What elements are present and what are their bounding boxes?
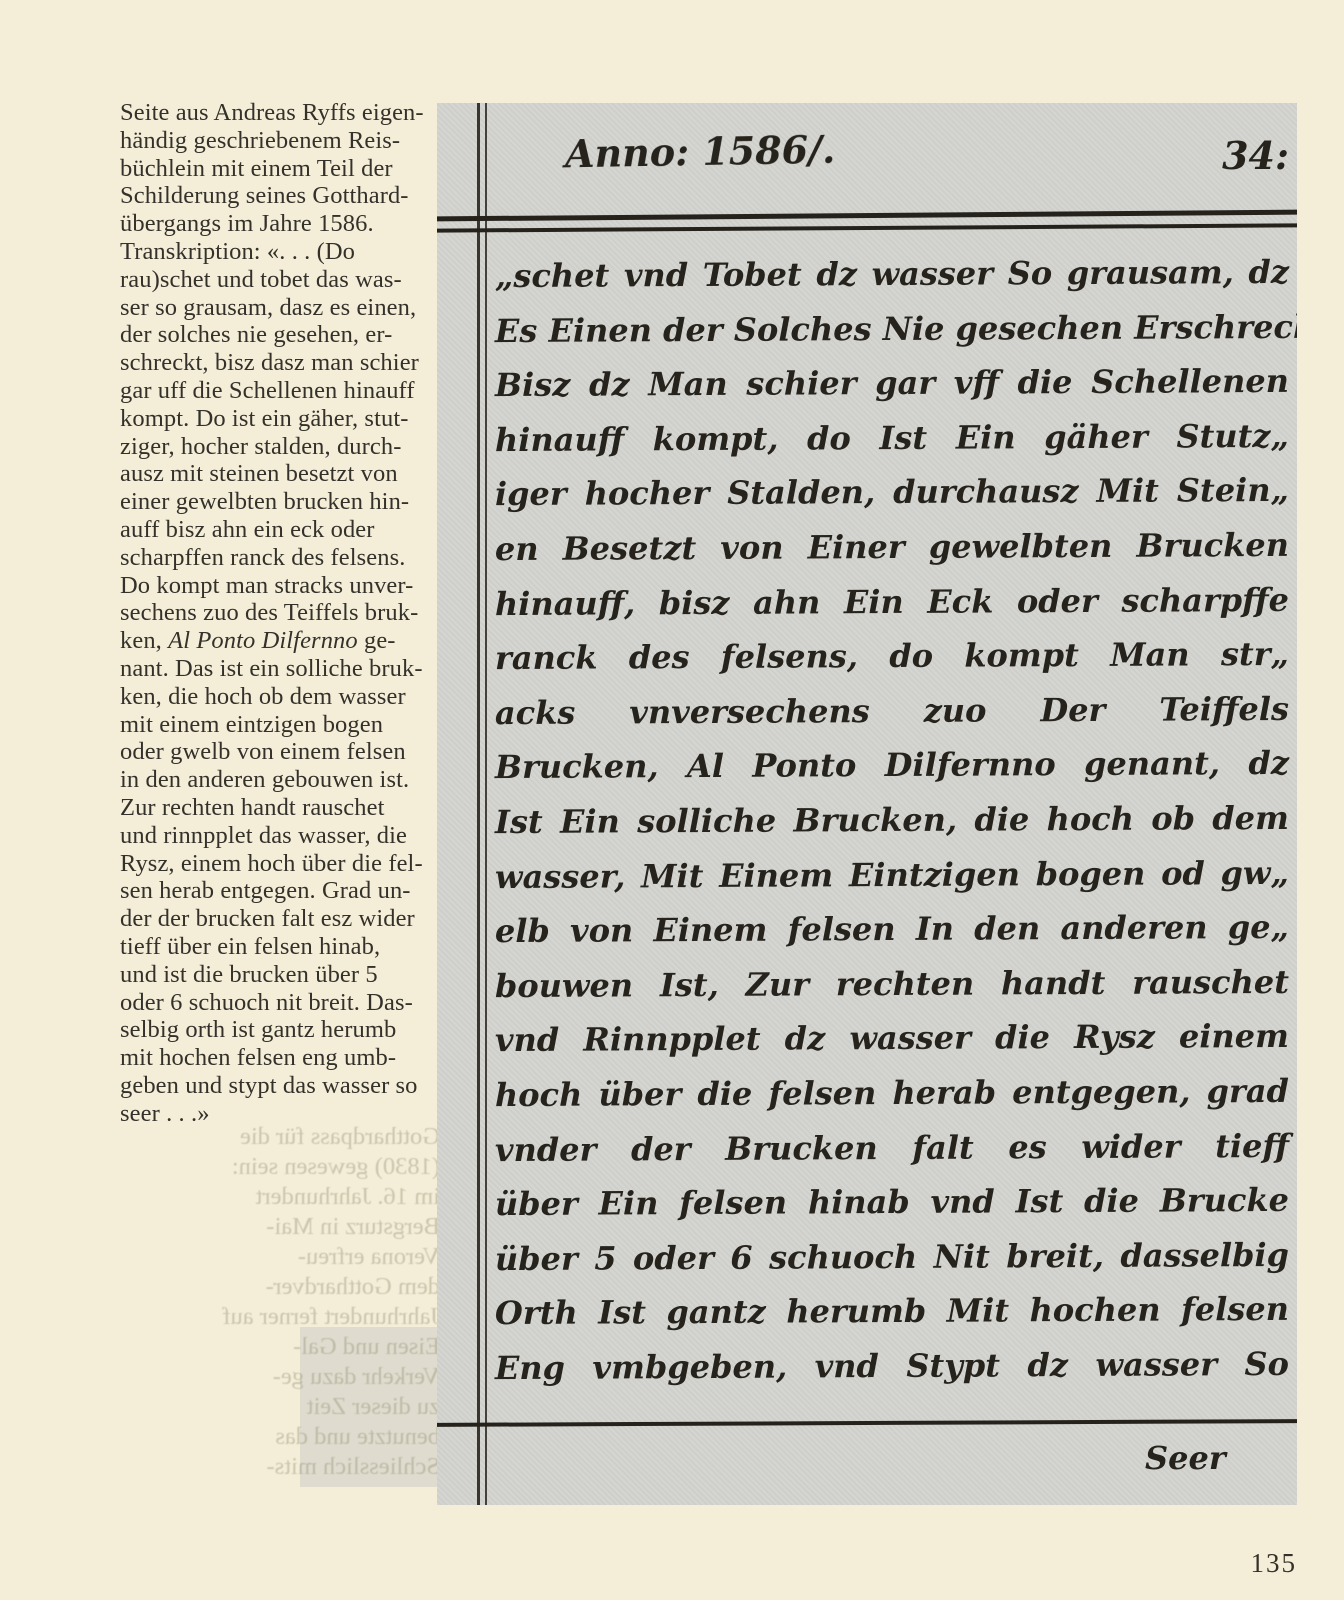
caption-line: ken, die hoch ob dem wasser [120,683,442,711]
book-page: Seite aus Andreas Ryffs eigen-händig ges… [0,0,1344,1600]
caption-line: schreckt, bisz dasz man schier [120,349,442,377]
caption-line: tieff über ein felsen hinab, [120,933,442,961]
caption-line: auff bisz ahn ein eck oder [120,516,442,544]
bleedthrough-text: Gotthardpass für die(1830) gewesen sein:… [100,1122,440,1482]
manuscript-line: wasser, Mit Einem Eintzigen bogen od gw„ [495,853,1289,912]
bleedthrough-line: zu dieser Zeit [100,1392,440,1422]
manuscript-line: en Besetzt von Einer gewelbten Brucken [495,526,1289,585]
caption-line: in den anderen gebouwen ist. [120,766,442,794]
manuscript-line: acks vnversechens zuo Der Teiffels [495,690,1289,749]
bleedthrough-line: Verona erfreu- [100,1242,440,1272]
manuscript-line: Ist Ein solliche Brucken, die hoch ob de… [495,799,1289,858]
caption-line: der solches nie gesehen, er- [120,321,442,349]
catchword: Seer [1145,1439,1226,1477]
caption-line: mit einem eintzigen bogen [120,711,442,739]
caption-line: sechens zuo des Teiffels bruk- [120,599,442,627]
caption-line: ken, Al Ponto Dilfernno ge- [120,627,442,655]
manuscript-line: über 5 oder 6 schuoch Nit breit, dasselb… [495,1236,1289,1295]
manuscript-line: Brucken, Al Ponto Dilfernno genant, dz [495,744,1289,803]
folio-number: 34: [1222,133,1289,178]
margin-rule-left-inner [485,103,487,1505]
manuscript-line: vnder der Brucken falt es wider tieff [495,1126,1289,1185]
manuscript-line: hinauff, bisz ahn Ein Eck oder scharpffe [495,580,1289,639]
caption-line: rau)schet und tobet das was- [120,266,442,294]
bleedthrough-line: dem Gotthardver- [100,1272,440,1302]
bleedthrough-line: Eisen und Gal- [100,1332,440,1362]
caption-line: übergangs im Jahre 1586. [120,210,442,238]
caption-line: ausz mit steinen besetzt von [120,460,442,488]
caption-line: kompt. Do ist ein gäher, stut- [120,405,442,433]
manuscript-line: Bisz dz Man schier gar vff die Schellene… [495,362,1289,421]
caption-line: scharpffen ranck des felsens. [120,544,442,572]
bleedthrough-line: Bergsturz in Mai- [100,1212,440,1242]
caption-line: gar uff die Schellenen hinauff [120,377,442,405]
caption-line: der der brucken falt esz wider [120,905,442,933]
caption-column: Seite aus Andreas Ryffs eigen-händig ges… [120,99,442,1127]
manuscript-line: vnd Rinnpplet dz wasser die Rysz einem [495,1017,1289,1076]
manuscript-line: „schet vnd Tobet dz wasser So grausam, d… [495,253,1289,312]
manuscript-line: iger hocher Stalden, durchausz Mit Stein… [495,471,1289,530]
header-rule-bottom [437,223,1297,232]
margin-rule-left-outer [477,103,480,1505]
caption-line: Do kompt man stracks unver- [120,572,442,600]
caption-line: oder gwelb von einem felsen [120,738,442,766]
bleedthrough-line: benutzte und das [100,1422,440,1452]
caption-line: nant. Das ist ein solliche bruk- [120,655,442,683]
caption-line: Transkription: «. . . (Do [120,238,442,266]
bleedthrough-line: im 16. Jahrhundert [100,1182,440,1212]
caption-line: einer gewelbten brucken hin- [120,488,442,516]
manuscript-line: über Ein felsen hinab vnd Ist die Brucke [495,1181,1289,1240]
manuscript-line: hinauff kompt, do Ist Ein gäher Stutz„ [495,417,1289,476]
manuscript-line: Es Einen der Solches Nie gesechen Erschr… [495,308,1289,367]
anno-heading: Anno: 1586/. [565,127,836,177]
caption-line: Rysz, einem hoch über die fel- [120,850,442,878]
manuscript-line: Eng vmbgeben, vnd Stypt dz wasser So [495,1345,1289,1404]
manuscript-line: bouwen Ist, Zur rechten handt rauschet [495,963,1289,1022]
manuscript-line: ranck des felsens, do kompt Man str„ [495,635,1289,694]
manuscript-text: „schet vnd Tobet dz wasser So grausam, d… [495,255,1289,1401]
header-rule-top [437,210,1297,222]
caption-line: geben und stypt das wasser so [120,1072,442,1100]
page-number: 135 [1251,1548,1298,1579]
caption-line: ziger, hocher stalden, durch- [120,433,442,461]
bleedthrough-line: Jahrhundert ferner auf [100,1302,440,1332]
manuscript-facsimile: Anno: 1586/. 34: „schet vnd Tobet dz was… [437,103,1297,1505]
bleedthrough-line: Gotthardpass für die [100,1122,440,1152]
caption-line: Schilderung seines Gotthard- [120,182,442,210]
caption-line: büchlein mit einem Teil der [120,155,442,183]
caption-line: sen herab entgegen. Grad un- [120,877,442,905]
caption-line: händig geschriebenem Reis- [120,127,442,155]
caption-line: selbig orth ist gantz herumb [120,1016,442,1044]
footer-rule [437,1419,1297,1427]
manuscript-line: hoch über die felsen herab entgegen, gra… [495,1072,1289,1131]
caption-line: Seite aus Andreas Ryffs eigen- [120,99,442,127]
caption-line: mit hochen felsen eng umb- [120,1044,442,1072]
manuscript-line: Orth Ist gantz herumb Mit hochen felsen [495,1290,1289,1349]
caption-line: ser so grausam, dasz es einen, [120,294,442,322]
caption-line: und rinnpplet das wasser, die [120,822,442,850]
caption-line: oder 6 schuoch nit breit. Das- [120,989,442,1017]
caption-line: Zur rechten handt rauschet [120,794,442,822]
bleedthrough-line: Schliesslich mits- [100,1452,440,1482]
bleedthrough-line: Verkehr dazu ge- [100,1362,440,1392]
caption-line: und ist die brucken über 5 [120,961,442,989]
manuscript-line: elb von Einem felsen In den anderen ge„ [495,908,1289,967]
bleedthrough-line: (1830) gewesen sein: [100,1152,440,1182]
